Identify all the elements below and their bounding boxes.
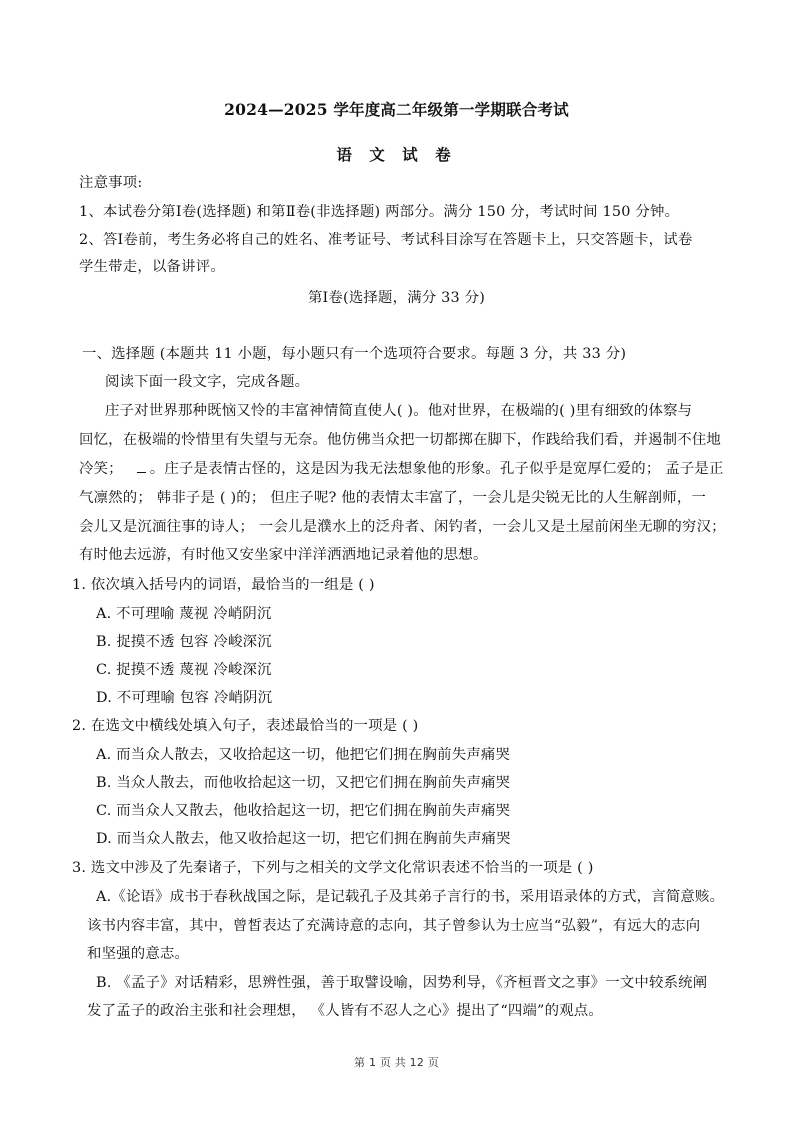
question-option: B. 《孟子》对话精彩，思辨性强，善于取譬设喻，因势利导，《齐桓晋文之事》一文中… [96, 973, 707, 993]
question-option: C. 而当众人又散去，他收拾起这一切，把它们拥在胸前失声痛哭 [96, 801, 510, 821]
question-option: B. 捉摸不透 包容 冷峻深沉 [96, 632, 272, 652]
question-stem: 1. 依次填入括号内的词语，最恰当的一组是 ( ) [72, 575, 375, 595]
question-stem: 2. 在选文中横线处填入句子，表述最恰当的一项是 ( ) [72, 716, 419, 736]
reading-instruction: 阅读下面一段文字，完成各题。 [105, 372, 309, 392]
passage-text: 冷笑； [79, 461, 123, 477]
fill-in-blank [137, 460, 146, 473]
passage-line: 回忆，在极端的怜惜里有失望与无奈。他仿佛当众把一切都掷在脚下，作践给我们看，并遏… [79, 430, 721, 450]
question-option-continued: 该书内容丰富，其中，曾皙表达了充满诗意的志向，其子曾参认为士应当“弘毅”，有远大… [87, 916, 700, 936]
question-option-continued: 和坚强的意志。 [87, 944, 189, 964]
question-option: D. 而当众人散去，他又收拾起这一切，把它们拥在胸前失声痛哭 [96, 829, 511, 849]
notes-heading: 注意事项: [79, 173, 142, 193]
question-stem: 3. 选文中涉及了先秦诸子，下列与之相关的文学文化常识表述不恰当的一项是 ( ) [72, 858, 594, 878]
note-item-2-line-2: 学生带走，以备讲评。 [79, 257, 225, 277]
section-one-heading: 一、选择题 (本题共 11 小题，每小题只有一个选项符合要求。每题 3 分，共 … [82, 344, 626, 364]
question-option: A.《论语》成书于春秋战国之际，是记载孔子及其弟子言行的书，采用语录体的方式，言… [96, 887, 724, 907]
passage-line: 会儿又是沉湎往事的诗人； 一会儿是濮水上的泛舟者、闲钓者，一会儿又是土屋前闲坐无… [79, 517, 726, 537]
part-one-heading: 第Ⅰ卷(选择题，满分 33 分) [0, 288, 793, 308]
question-option: A. 而当众人散去，又收拾起这一切，他把它们拥在胸前失声痛哭 [96, 745, 510, 765]
exam-subject-title: 语 文 试 卷 [0, 145, 793, 165]
question-option: A. 不可理喻 蔑视 冷峭阴沉 [96, 604, 272, 624]
exam-title: 2024—2025 学年度高二年级第一学期联合考试 [0, 100, 793, 120]
note-item-2-line-1: 2、答Ⅰ卷前，考生务必将自己的姓名、准考证号、考试科目涂写在答题卡上，只交答题卡… [79, 230, 692, 250]
question-option-continued: 发了孟子的政治主张和社会理想， 《人皆有不忍人之心》提出了“四端”的观点。 [87, 1001, 603, 1021]
passage-line: 庄子对世界那种既恼又怜的丰富神情简直使人( )。他对世界，在极端的( )里有细致… [105, 401, 692, 421]
question-option: D. 不可理喻 包容 冷峭阴沉 [96, 688, 272, 708]
note-item-1: 1、本试卷分第Ⅰ卷(选择题) 和第Ⅱ卷(非选择题) 两部分。满分 150 分，考… [79, 202, 679, 222]
passage-line: 气凛然的； 韩非子是 ( )的； 但庄子呢? 他的表情太丰富了，一会儿是尖锐无比… [79, 488, 706, 508]
question-option: B. 当众人散去，而他收拾起这一切，又把它们拥在胸前失声痛哭 [96, 773, 510, 793]
page-indicator: 第 1 页 共 12 页 [0, 1053, 793, 1073]
question-option: C. 捉摸不透 蔑视 冷峻深沉 [96, 660, 272, 680]
exam-page: 2024—2025 学年度高二年级第一学期联合考试 语 文 试 卷 注意事项: … [0, 0, 793, 1121]
passage-text: 。庄子是表情古怪的，这是因为我无法想象他的形象。孔子似乎是宽厚仁爱的； 孟子是正 [150, 461, 724, 477]
passage-line: 有时他去远游，有时他又安坐家中洋洋洒洒地记录着他的思想。 [79, 545, 488, 565]
passage-line: 冷笑；。庄子是表情古怪的，这是因为我无法想象他的形象。孔子似乎是宽厚仁爱的； 孟… [79, 459, 724, 479]
